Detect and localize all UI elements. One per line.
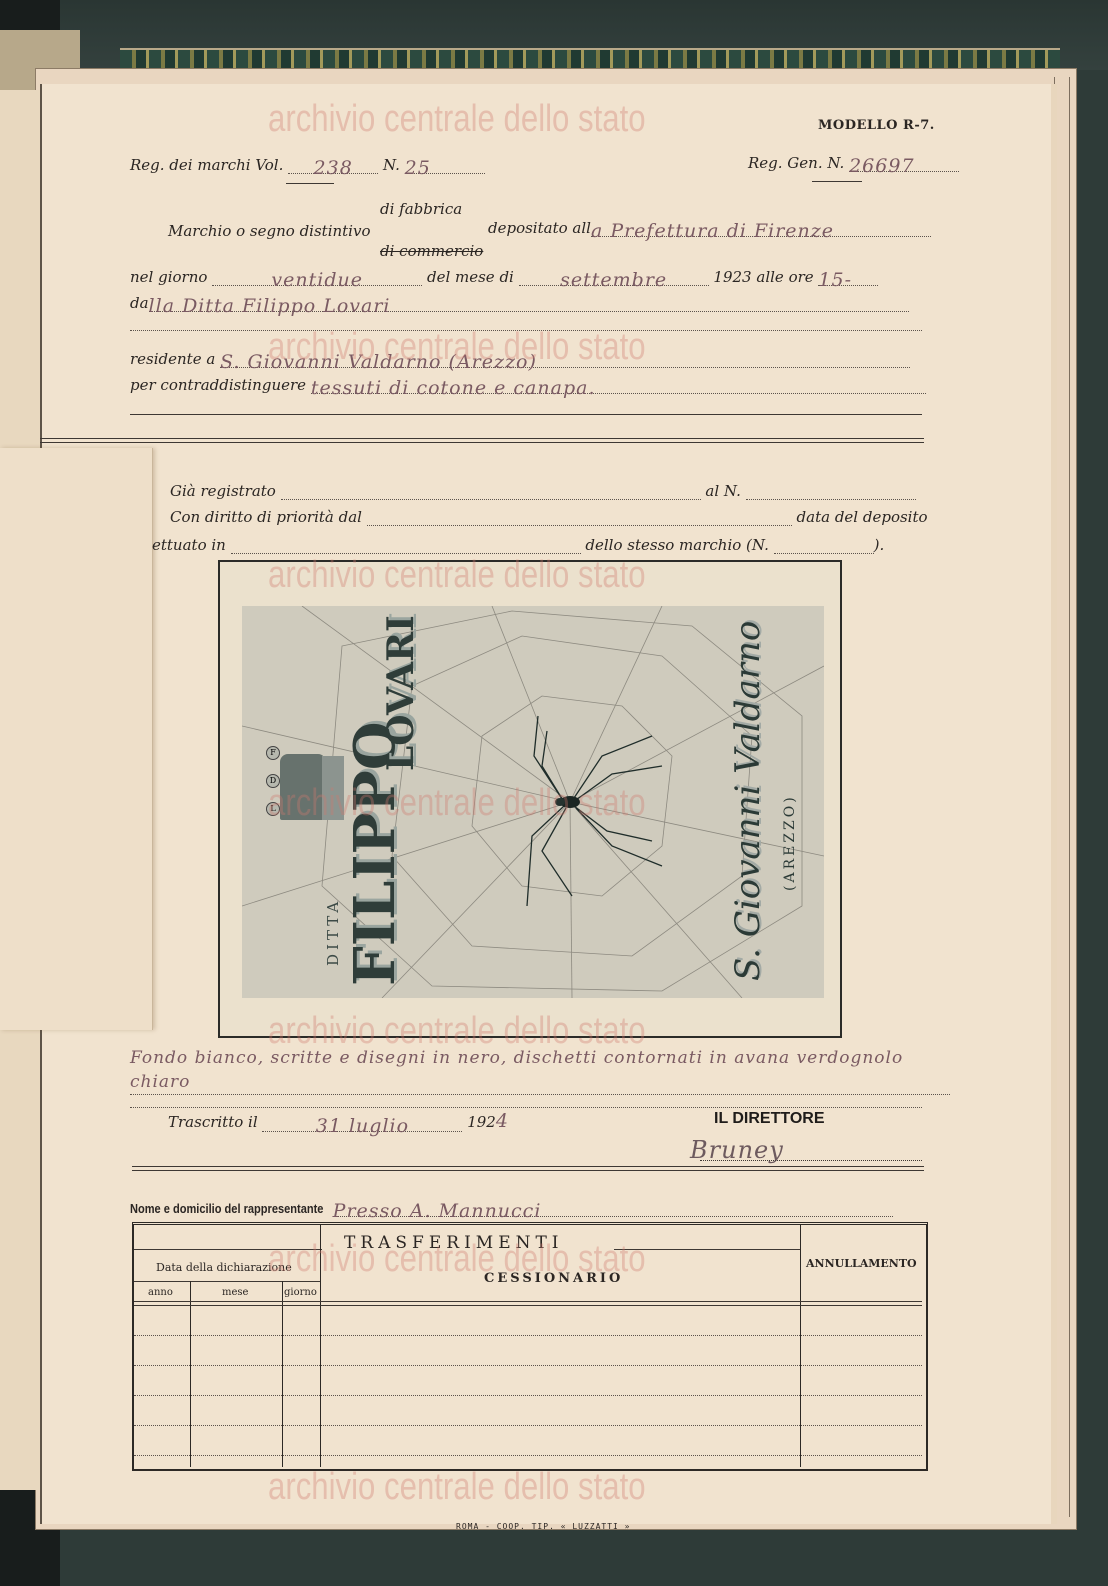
contraddistinguere-row: per contraddistinguere tessuti di cotone… (130, 376, 926, 394)
section-divider (132, 1166, 924, 1171)
statue-icon (280, 754, 326, 820)
trademark-image: DITTA FILIPPO LOVARI F D L S. Giovanni V… (242, 606, 824, 998)
residente-row: residente a S. Giovanni Valdarno (Arezzo… (130, 350, 910, 368)
rappresentante-label: Nome e domicilio del rappresentante (130, 1201, 323, 1216)
header-divider (134, 1301, 922, 1306)
initial-badge: D (266, 774, 280, 788)
table-title: TRASFERIMENTI (344, 1233, 564, 1253)
rule (812, 181, 862, 182)
year-value: 1923 (713, 268, 751, 286)
ditta-name-last: LOVARI (380, 615, 422, 771)
reg-marchi-label: Reg. dei marchi Vol. (130, 156, 283, 174)
con-diritto-label: Con diritto di priorità dal (170, 508, 362, 526)
table-row (134, 1335, 922, 1336)
trademark-image-frame: DITTA FILIPPO LOVARI F D L S. Giovanni V… (218, 560, 842, 1038)
reg-gen-label: Reg. Gen. N. (748, 154, 844, 172)
nel-giorno-label: nel giorno (130, 268, 207, 286)
dalla-label: da (130, 294, 149, 312)
dalla-row: dalla Ditta Filippo Lovari (130, 294, 909, 312)
effettuato-label: ettuato in (152, 536, 226, 554)
rule (130, 414, 922, 415)
table-row (134, 1425, 922, 1426)
rappresentante-row: Nome e domicilio del rappresentante Pres… (130, 1198, 893, 1217)
del-mese-label: del mese di (427, 268, 514, 286)
stesso-marchio-label: dello stesso marchio (N. (585, 536, 768, 554)
trascritto-label: Trascritto il (168, 1113, 258, 1131)
reg-marchi-row: Reg. dei marchi Vol. 238 N. 25 (130, 156, 485, 174)
reg-gen-row: Reg. Gen. N. 26697 (748, 154, 959, 172)
gia-registrato-label: Già registrato (170, 482, 276, 500)
trascritto-row: Trascritto il 31 luglio 1924 (168, 1110, 509, 1132)
nel-giorno-field: ventidue (212, 269, 422, 286)
depositato-label: depositato all (488, 219, 591, 237)
column-divider (282, 1281, 283, 1467)
rule (614, 1249, 800, 1250)
contraddistinguere-field: tessuti di cotone e canapa. (311, 377, 926, 394)
table-row (134, 1455, 922, 1456)
alle-ore-field: 15- (818, 269, 878, 286)
signature-line (700, 1160, 922, 1161)
nel-giorno-row: nel giorno ventidue del mese di settembr… (130, 268, 878, 286)
residente-label: residente a (130, 350, 215, 368)
form-model-code: MODELLO R-7. (818, 118, 935, 133)
del-mese-field: settembre (519, 269, 709, 286)
column-anno: anno (148, 1287, 173, 1298)
alle-ore-label: alle ore (756, 268, 813, 286)
al-n-field (746, 483, 916, 500)
reg-marchi-vol-field: 238 (288, 157, 378, 174)
table-row (134, 1365, 922, 1366)
column-annullamento: ANNULLAMENTO (806, 1257, 917, 1270)
gia-registrato-row: Già registrato al N. (170, 482, 916, 500)
effettuato-field (231, 537, 581, 554)
column-mese: mese (222, 1287, 248, 1298)
initial-badge: F (266, 746, 280, 760)
place-name: S. Giovanni Valdarno (728, 621, 768, 981)
priorita-row: Con diritto di priorità dal data del dep… (170, 508, 928, 526)
folded-paper-flap (0, 448, 153, 1030)
description-text: Fondo bianco, scritte e disegni in nero,… (130, 1046, 950, 1095)
data-deposito-label: data del deposito (797, 508, 928, 526)
date-group-header: Data della dichiarazione (156, 1261, 292, 1274)
column-divider (190, 1281, 191, 1467)
residente-field: S. Giovanni Valdarno (Arezzo) (220, 351, 910, 368)
stesso-marchio-field (774, 537, 874, 554)
reg-marchi-n-field: 25 (405, 157, 485, 174)
ditta-label: DITTA (324, 898, 342, 966)
rule (134, 1249, 322, 1250)
province-name: (AREZZO) (782, 794, 798, 891)
blank-line (130, 330, 922, 331)
direttore-label: IL DIRETTORE (714, 1110, 825, 1128)
reg-gen-field: 26697 (849, 155, 959, 172)
mark-description: Fondo bianco, scritte e disegni in nero,… (130, 1046, 950, 1108)
depositato-row: depositato alla Prefettura di Firenze (488, 219, 931, 237)
description-line2 (130, 1095, 922, 1108)
rule (286, 183, 334, 184)
initial-badge: L (266, 802, 280, 816)
plaque (322, 756, 344, 820)
rule (134, 1281, 320, 1282)
reg-marchi-n-label: N. (383, 156, 400, 174)
ditta-name-block: DITTA FILIPPO LOVARI F D L (272, 606, 412, 998)
marbled-binding-strip (120, 48, 1060, 70)
trascritto-year-digit: 4 (496, 1110, 509, 1132)
column-divider (320, 1225, 321, 1467)
column-giorno: giorno (284, 1287, 317, 1298)
gia-registrato-field (281, 483, 701, 500)
dalla-field: lla Ditta Filippo Lovari (149, 295, 909, 312)
column-divider (800, 1225, 801, 1467)
contraddistinguere-label: per contraddistinguere (130, 376, 306, 394)
column-cessionario: CESSIONARIO (484, 1271, 623, 1286)
effettuato-row: ettuato in dello stesso marchio (N. ). (152, 536, 884, 554)
marchio-label: Marchio o segno distintivo (168, 222, 370, 240)
rappresentante-field: Presso A. Mannucci (333, 1200, 893, 1217)
section-divider (40, 438, 924, 443)
di-fabbrica-label: di fabbrica (380, 200, 462, 218)
table-row (134, 1395, 922, 1396)
trascritto-date-field: 31 luglio (262, 1115, 462, 1132)
al-n-label: al N. (705, 482, 740, 500)
printer-imprint: ROMA - COOP. TIP. « LUZZATTI » (456, 1522, 631, 1531)
priorita-field (367, 509, 792, 526)
di-commercio-label: di commercio (380, 242, 483, 260)
depositato-field: a Prefettura di Firenze (591, 220, 931, 237)
transfers-table: TRASFERIMENTI Data della dichiarazione a… (132, 1222, 928, 1471)
